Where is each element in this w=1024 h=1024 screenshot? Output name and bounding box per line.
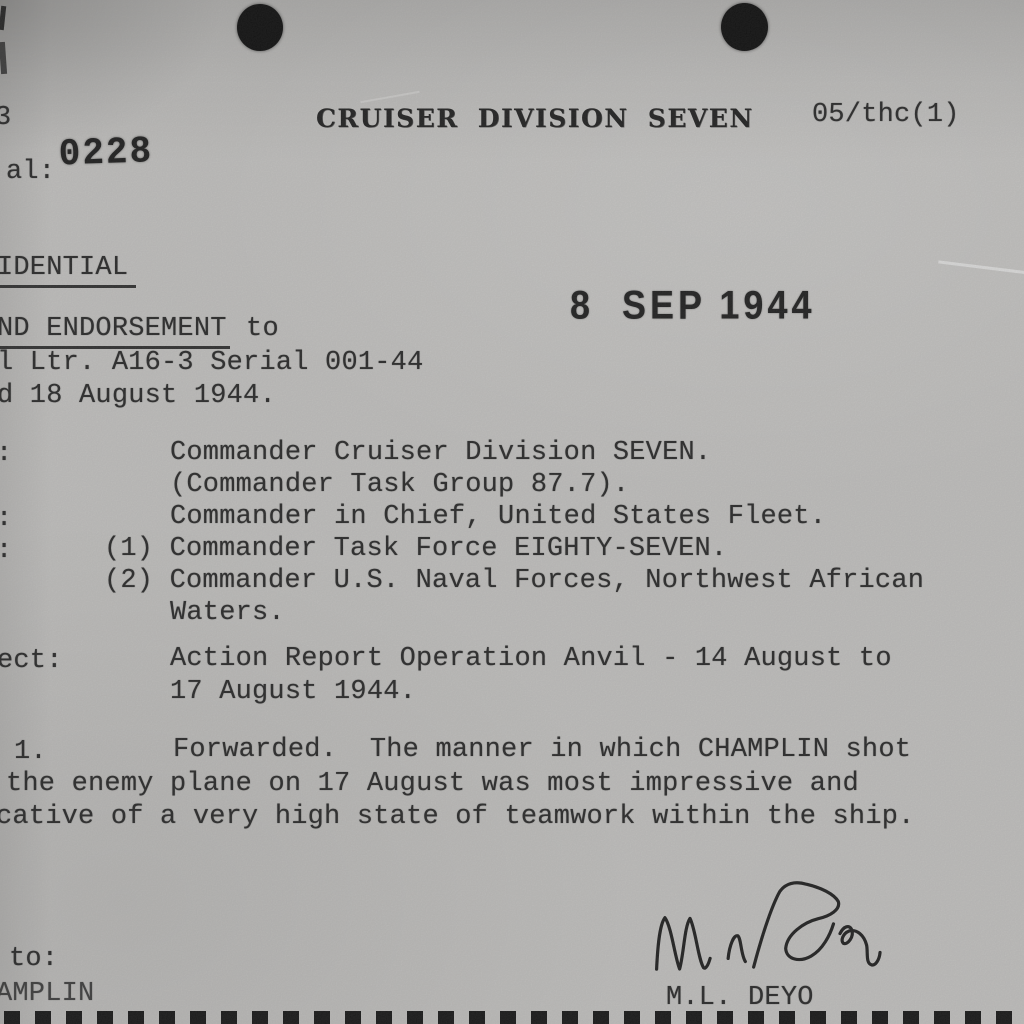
via-line-1: (1) Commander Task Force EIGHTY-SEVEN.: [104, 535, 727, 565]
scan-scratch: [360, 91, 419, 103]
handwritten-signature: [635, 876, 890, 988]
edge-artifact: [0, 6, 6, 30]
edge-artifact: [0, 42, 7, 74]
from-line-2: (Commander Task Group 87.7).: [170, 471, 629, 501]
header-office-code: 05/thc(1): [812, 101, 960, 131]
subject-line-1: Action Report Operation Anvil - 14 Augus…: [170, 645, 892, 675]
perforation-strip: [4, 1011, 1024, 1024]
to-line: Commander in Chief, United States Fleet.: [170, 503, 826, 533]
via-line-2: (2) Commander U.S. Naval Forces, Northwe…: [104, 567, 924, 597]
via-label-colon: :: [0, 537, 12, 567]
body-line-2: the enemy plane on 17 August was most im…: [6, 770, 859, 800]
body-line-1: Forwarded. The manner in which CHAMPLIN …: [173, 736, 911, 766]
via-line-3: Waters.: [170, 599, 285, 629]
body-line-3: cative of a very high state of teamwork …: [0, 803, 915, 833]
header-left-fragment: 3: [0, 104, 11, 134]
scan-scratch: [938, 260, 1024, 274]
serial-label-fragment: al:: [6, 158, 55, 188]
from-label-colon: :: [0, 440, 12, 470]
punch-hole-left: [237, 4, 283, 51]
endorsement-reference-line: l Ltr. A16-3 Serial 001-44: [0, 349, 423, 379]
copy-to-fragment: to:: [9, 945, 58, 975]
classification-fragment: IDENTIAL: [0, 254, 136, 284]
endorsement-date-line: d 18 August 1944.: [0, 382, 276, 412]
scanned-document-page: 3 CRUISER DIVISION SEVEN 05/thc(1) al: 0…: [0, 0, 1024, 1024]
endorsement-heading: ND ENDORSEMENT to: [0, 315, 279, 345]
subject-line-2: 17 August 1944.: [170, 678, 416, 708]
signer-name: M.L. DEYO: [666, 984, 814, 1014]
to-label-colon: :: [0, 505, 12, 535]
received-date-stamp: 8 SEP 1944: [570, 282, 816, 328]
endorsement-heading-underlined: ND ENDORSEMENT: [0, 314, 230, 349]
copy-to-ship-fragment: AMPLIN: [0, 980, 94, 1010]
subject-label-fragment: ect:: [0, 647, 63, 677]
punch-hole-right: [721, 3, 768, 51]
classification-text: IDENTIAL: [0, 253, 136, 288]
from-line-1: Commander Cruiser Division SEVEN.: [170, 439, 711, 469]
paragraph-number: 1.: [14, 738, 47, 768]
endorsement-heading-rest: to: [230, 314, 279, 344]
header-title: CRUISER DIVISION SEVEN: [316, 104, 754, 133]
serial-number-stamp: 0228: [58, 130, 154, 176]
